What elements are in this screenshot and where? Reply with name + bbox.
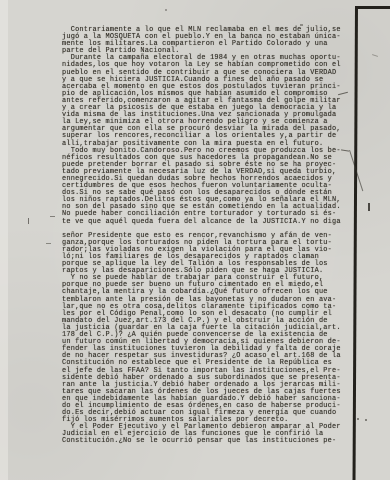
margin-mark <box>46 243 51 244</box>
paragraph: Contrariamente a lo que el MLN reclamaba… <box>62 27 354 55</box>
paper-edge-highlight <box>0 0 8 480</box>
text-line: Constitución.¿No se le ocurrió pensar qu… <box>62 438 354 445</box>
paragraph: Durante la campaña electoral de 1984 y e… <box>62 55 354 147</box>
paragraph: Y no se puede hablar de trabajar para co… <box>62 275 354 424</box>
scan-speck <box>357 418 359 420</box>
scanned-document-page: Contrariamente a lo que el MLN reclamaba… <box>0 0 390 480</box>
margin-mark <box>50 216 55 217</box>
paragraph: señor Presidente que esto es rencor,reva… <box>62 233 354 276</box>
pen-mark <box>368 203 370 211</box>
paragraph: Todo muy bonito.Candoroso.Pero no creemo… <box>62 148 354 226</box>
scan-frame-horizontal-line <box>355 6 390 9</box>
margin-mark <box>28 218 29 224</box>
scan-speck <box>300 24 303 26</box>
scan-speck <box>365 419 367 421</box>
paragraph: Y el Poder Ejecutivo y el Parlamento deb… <box>62 424 354 445</box>
document-text: Contrariamente a lo que el MLN reclamaba… <box>62 27 354 446</box>
scan-speck <box>372 54 378 57</box>
text-line: te ve que aquél queda fuera del alcance … <box>62 219 354 226</box>
scan-speck <box>165 9 167 11</box>
